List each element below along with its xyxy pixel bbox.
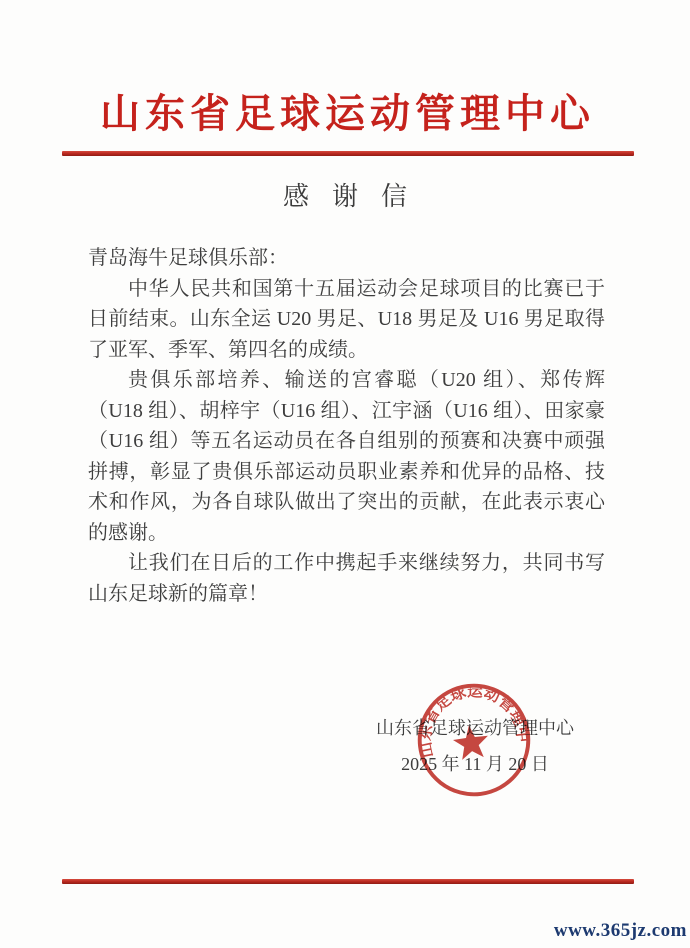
paragraph-2: 贵俱乐部培养、输送的宫睿聪（U20 组）、郑传辉（U18 组）、胡梓宇（U16 … [88,365,605,548]
footer-divider-line [62,879,634,884]
letter-title: 感谢信 [0,176,690,213]
salutation: 青岛海牛足球俱乐部： [88,243,605,274]
watermark-url: www.365jz.com [554,920,687,942]
official-seal-stamp: 山东省足球运动管理中心 [389,655,558,824]
seal-text: 山东省足球运动管理中心 [389,655,531,762]
paragraph-3: 让我们在日后的工作中携起手来继续努力，共同书写山东足球新的篇章！ [88,548,605,609]
letter-body: 青岛海牛足球俱乐部： 中华人民共和国第十五届运动会足球项目的比赛已于日前结束。山… [88,243,605,609]
seal-star-icon [451,723,490,760]
paragraph-1: 中华人民共和国第十五届运动会足球项目的比赛已于日前结束。山东全运 U20 男足、… [88,274,605,366]
letterhead-divider-line [62,151,634,156]
letterhead-org-name: 山东省足球运动管理中心 [0,88,690,140]
scanned-letter-page: 山东省足球运动管理中心 感谢信 青岛海牛足球俱乐部： 中华人民共和国第十五届运动… [0,0,690,948]
